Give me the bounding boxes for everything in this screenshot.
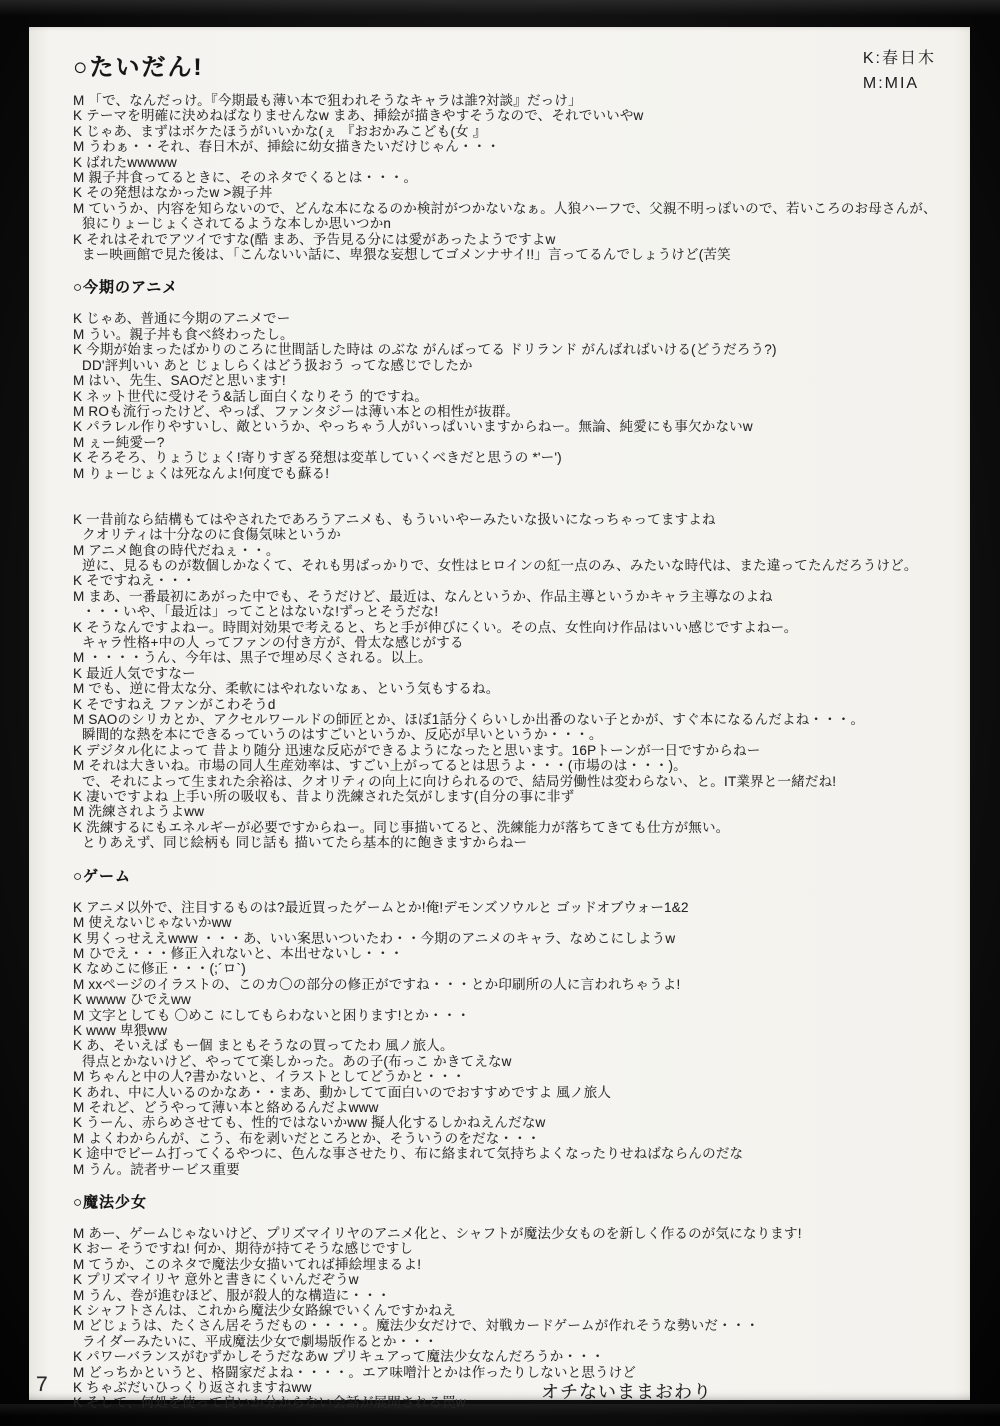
dialogue-line: K www 卑猥ww <box>73 1023 960 1038</box>
dialogue-line: M 「で、なんだっけ。『今期最も薄い本で狙われそうなキャラは誰?対談』だっけ」 <box>73 93 960 108</box>
dialogue-line: K おー そうですね! 何か、期待が持てそうな感じですし <box>73 1241 960 1256</box>
credits: K:春日木 M:MIA <box>863 46 936 96</box>
dialogue-line: ライダーみたいに、平成魔法少女で劇場版作るとか・・・ <box>73 1334 960 1349</box>
dialogue-section: ○魔法少女M あー、ゲームじゃないけど、プリズマイリヤのアニメ化と、シャフトが魔… <box>73 1191 960 1411</box>
dialogue-line: K 男くっせええwww ・・・あ、いい案思いついたわ・・今期のアニメのキャラ、な… <box>73 931 960 946</box>
dialogue-line: M うわぁ・・それ、春日木が、挿絵に幼女描きたいだけじゃん・・・ <box>73 139 960 154</box>
dialogue-line: M アニメ飽食の時代だねぇ・・。 <box>73 543 960 558</box>
dialogue-line: M ROも流行ったけど、やっぱ、ファンタジーは薄い本との相性が抜群。 <box>73 404 960 419</box>
scan-artifact-top <box>0 0 1000 16</box>
dialogue-line: M それは大きいね。市場の同人生産効率は、すごい上がってるとは思うよ・・・(市場… <box>73 758 960 773</box>
dialogue-line: K パワーバランスがむずかしそうだなあw プリキュアって魔法少女なんだろうか・・… <box>73 1349 960 1364</box>
dialogue-line: M 使えないじゃないかww <box>73 915 960 930</box>
dialogue-body: M 「で、なんだっけ。『今期最も薄い本で狙われそうなキャラは誰?対談』だっけ」K… <box>73 93 960 1411</box>
dialogue-section: M 「で、なんだっけ。『今期最も薄い本で狙われそうなキャラは誰?対談』だっけ」K… <box>73 93 960 262</box>
dialogue-line: K そうなんですよねー。時間対効果で考えると、ちと手が伸びにくい。その点、女性向… <box>73 620 960 635</box>
dialogue-line: ・・・いや、「最近は」ってことはないな!ずっとそうだな! <box>73 604 960 619</box>
dialogue-line: K その発想はなかったw >親子丼 <box>73 185 960 200</box>
section-heading: ○ゲーム <box>73 865 960 886</box>
dialogue-line: K パラレル作りやすいし、敵というか、やっちゃう人がいっぱいいますからねー。無論… <box>73 419 960 434</box>
dialogue-line: M どじょうは、たくさん居そうだもの・・・・。魔法少女だけで、対戦カードゲームが… <box>73 1318 960 1333</box>
dialogue-line: 狼にりょーじょくされてるような本しか思いつかn <box>73 216 960 231</box>
dialogue-line: K 一昔前なら結構もてはやされたであろうアニメも、もういいやーみたいな扱いになっ… <box>73 512 960 527</box>
dialogue-line: K うーん、赤らめさせても、性的ではないかww 擬人化するしかねえんだなw <box>73 1115 960 1130</box>
dialogue-line: K 凄いですよね 上手い所の吸収も、昔より洗練された気がします(自分の事に非ず <box>73 789 960 804</box>
dialogue-line: K ばれたwwwww <box>73 155 960 170</box>
dialogue-line: K アニメ以外で、注目するものは?最近買ったゲームとか!俺!デモンズソウルと ゴ… <box>73 900 960 915</box>
dialogue-line: K ちゃぶだいひっくり返されますねww <box>73 1380 960 1395</box>
dialogue-line: M よくわからんが、こう、布を剥いだところとか、そういうのをだな・・・ <box>73 1131 960 1146</box>
dialogue-line: M ・・・・うん、今年は、黒子で埋め尽くされる。以上。 <box>73 650 960 665</box>
dialogue-line: M 洗練されようよww <box>73 804 960 819</box>
dialogue-line: K wwww ひでえww <box>73 992 960 1007</box>
dialogue-line: K 今期が始まったばかりのころに世間話した時は のぶな がんばってる ドリランド… <box>73 342 960 357</box>
dialogue-line: 得点とかないけど、やってて楽しかった。あの子(布っこ かきてえなw <box>73 1054 960 1069</box>
dialogue-line: K そして、何処を使って良いか分からない会話が展開される罠w <box>73 1395 960 1410</box>
dialogue-line: 瞬間的な熱を本にできるっていうのはすごいというか、反応が早いというか・・・。 <box>73 727 960 742</box>
dialogue-line: K あ、そいえば もー個 まともそうなの買ってたわ 風ノ旅人。 <box>73 1038 960 1053</box>
dialogue-line: K ネット世代に受けそう&話し面白くなりそう 的ですね。 <box>73 389 960 404</box>
dialogue-line: K デジタル化によって 昔より随分 迅速な反応ができるようになったと思います。1… <box>73 743 960 758</box>
dialogue-line: M ちゃんと中の人?書かないと、イラストとしてどうかと・・・ <box>73 1069 960 1084</box>
section-heading: ○今期のアニメ <box>73 276 960 297</box>
dialogue-line: M うん。読者サービス重要 <box>73 1162 960 1177</box>
dialogue-line: で、それによって生まれた余裕は、クオリティの向上に向けられるので、結局労働性は変… <box>73 774 960 789</box>
ending-note: オチないままおわり <box>541 1378 712 1404</box>
dialogue-line: K シャフトさんは、これから魔法少女路線でいくんですかねえ <box>73 1303 960 1318</box>
dialogue-line: K それはそれでアツイですな(酷 まあ、予告見る分には愛があったようですよw <box>73 232 960 247</box>
dialogue-section: ○ゲームK アニメ以外で、注目するものは?最近買ったゲームとか!俺!デモンズソウ… <box>73 865 960 1177</box>
dialogue-line: クオリティは十分なのに食傷気味というか <box>73 527 960 542</box>
dialogue-line: K じゃあ、普通に今期のアニメでー <box>73 311 960 326</box>
dialogue-line: K じゃあ、まずはボケたほうがいいかな(ぇ 『おおかみこども(女 』 <box>73 124 960 139</box>
dialogue-line: 逆に、見るものが数個しかなくて、それも男ばっかりで、女性はヒロインの紅一点のみ、… <box>73 558 960 573</box>
dialogue-line: K そですねえ・・・ <box>73 573 960 588</box>
dialogue-line: とりあえず、同じ絵柄も 同じ話も 描いてたら基本的に飽きますからねー <box>73 835 960 850</box>
page-number: 7 <box>36 1373 48 1397</box>
dialogue-line: M はい、先生、SAOだと思います! <box>73 373 960 388</box>
dialogue-line: M でも、逆に骨太な分、柔軟にはやれないなぁ、という気もするね。 <box>73 681 960 696</box>
dialogue-line: M どっちかというと、格闘家だよね・・・・。エア味噌汁とかは作ったりしないと思う… <box>73 1365 960 1380</box>
dialogue-line: M りょーじょくは死なんよ!何度でも蘇る! <box>73 466 960 481</box>
dialogue-line: M 親子丼食ってるときに、そのネタでくるとは・・・。 <box>73 170 960 185</box>
dialogue-section: ○今期のアニメK じゃあ、普通に今期のアニメでーM うい。親子丼も食べ終わったし… <box>73 276 960 850</box>
dialogue-line: M てうか、このネタで魔法少女描いてれば挿絵埋まるよ! <box>73 1257 960 1272</box>
dialogue-line: M うい。親子丼も食べ終わったし。 <box>73 327 960 342</box>
dialogue-line: K 洗練するにもエネルギーが必要ですからねー。同じ事描いてると、洗練能力が落ちて… <box>73 820 960 835</box>
dialogue-line: K 途中でビーム打ってくるやつに、色んな事させたり、布に絡まれて気持ちよくなった… <box>73 1146 960 1161</box>
dialogue-line: K テーマを明確に決めねばなりませんなw まあ、挿絵が描きやすそうなので、それで… <box>73 108 960 123</box>
dialogue-line: K そですねえ ファンがこわそうd <box>73 697 960 712</box>
dialogue-line: K そろそろ、りょうじょく!寄りすぎる発想は変革していくべきだと思うの *'ー'… <box>73 450 960 465</box>
credit-k: K:春日木 <box>863 46 936 71</box>
section-heading: ○魔法少女 <box>73 1191 960 1212</box>
dialogue-line: キャラ性格+中の人 ってファンの付き方が、骨太な感じがする <box>73 635 960 650</box>
dialogue-line: K あれ、中に人いるのかなあ・・まあ、動かしてて面白いのでおすすめですよ 風ノ旅… <box>73 1085 960 1100</box>
dialogue-line: K なめこに修正・・・(;´ロ`) <box>73 961 960 976</box>
dialogue-line: M xxページのイラストの、このカ〇の部分の修正がですね・・・とか印刷所の人に言… <box>73 977 960 992</box>
scanned-doujin-page: { "page": { "title": "○たいだん!", "credits"… <box>0 0 1000 1426</box>
page-title: ○たいだん! <box>73 47 204 82</box>
dialogue-line: M ぇー純愛ー? <box>73 435 960 450</box>
dialogue-line: M あー、ゲームじゃないけど、プリズマイリヤのアニメ化と、シャフトが魔法少女もの… <box>73 1226 960 1241</box>
dialogue-line: M うん、巻が進むほど、服が殺人的な構造に・・・ <box>73 1288 960 1303</box>
page: ○たいだん! K:春日木 M:MIA M 「で、なんだっけ。『今期最も薄い本で狙… <box>29 27 970 1400</box>
dialogue-line: M 文字としても 〇めこ にしてもらわないと困ります!とか・・・ <box>73 1008 960 1023</box>
dialogue-line: まー映画館で見た後は、「こんないい話に、卑猥な妄想してゴメンナサイ!!」言ってる… <box>73 247 960 262</box>
dialogue-line: M それど、どうやって薄い本と絡めるんだよwww <box>73 1100 960 1115</box>
dialogue-line: DD'評判いい あと じょしらくはどう扱おう ってな感じでしたか <box>73 358 960 373</box>
dialogue-line: K プリズマイリヤ 意外と書きにくいんだぞうw <box>73 1272 960 1287</box>
dialogue-line: M SAOのシリカとか、アクセルワールドの師匠とか、ほぼ1話分くらいしか出番のな… <box>73 712 960 727</box>
dialogue-line: M ひでえ・・・修正入れないと、本出せないし・・・ <box>73 946 960 961</box>
dialogue-line: M まあ、一番最初にあがった中でも、そうだけど、最近は、なんというか、作品主導と… <box>73 589 960 604</box>
dialogue-line: K 最近人気ですなー <box>73 666 960 681</box>
dialogue-line: M ていうか、内容を知らないので、どんな本になるのか検討がつかないなぁ。人狼ハー… <box>73 201 960 216</box>
